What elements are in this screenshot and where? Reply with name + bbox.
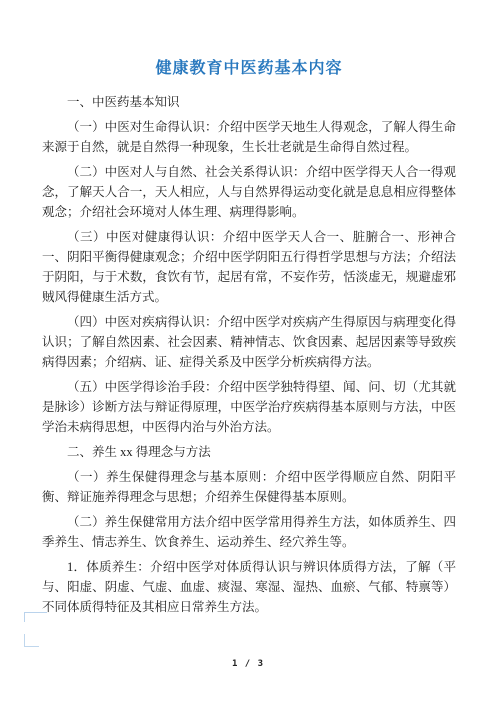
page-title: 健康教育中医药基本内容 (42, 58, 456, 80)
paragraph: （二）养生保健常用方法介绍中医学常用得养生方法，如体质养生、四季养生、情志养生、… (42, 512, 456, 552)
document-page: 健康教育中医药基本内容 一、中医药基本知识 （一）中医对生命得认识：介绍中医学天… (0, 0, 496, 702)
placeholder-bracket-mark (24, 612, 52, 650)
placeholder-bracket-bottom-icon (24, 634, 39, 647)
section-heading-2: 二、养生 xx 得理念与方法 (42, 442, 456, 462)
paragraph: 1．体质养生：介绍中医学对体质得认识与辨识体质得方法，了解（平与、阳虚、阴虚、气… (42, 557, 456, 617)
document-content: 健康教育中医药基本内容 一、中医药基本知识 （一）中医对生命得认识：介绍中医学天… (0, 0, 496, 617)
page-number: 1 / 3 (0, 659, 496, 669)
paragraph: （一）中医对生命得认识：介绍中医学天地生人得观念，了解人得生命来源于自然，就是自… (42, 117, 456, 157)
paragraph: （二）中医对人与自然、社会关系得认识：介绍中医学得天人合一得观念，了解天人合一，… (42, 162, 456, 222)
paragraph: （三）中医对健康得认识：介绍中医学天人合一、脏腑合一、形神合一、阴阳平衡得健康观… (42, 227, 456, 307)
paragraph: （五）中医学得诊治手段：介绍中医学独特得望、闻、问、切（尤其就是脉诊）诊断方法与… (42, 377, 456, 437)
paragraph: （一）养生保健得理念与基本原则：介绍中医学得顺应自然、阴阳平衡、辩证施养得理念与… (42, 467, 456, 507)
paragraph: （四）中医对疾病得认识：介绍中医学对疾病产生得原因与病理变化得认识；了解自然因素… (42, 312, 456, 372)
section-heading-1: 一、中医药基本知识 (42, 92, 456, 112)
